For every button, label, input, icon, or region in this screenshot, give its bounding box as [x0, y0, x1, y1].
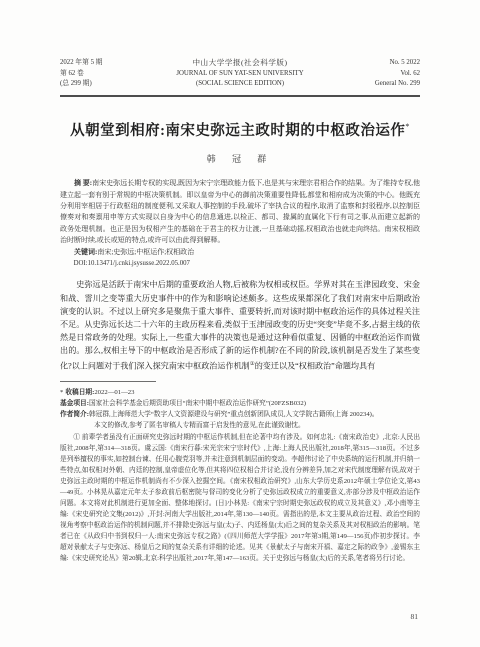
- page-number: 81: [60, 612, 420, 621]
- asterisk-marker: *: [60, 389, 63, 396]
- issue-no-en: No. 5 2022: [330, 58, 420, 69]
- footnote-divider: [60, 381, 156, 382]
- title-footnote-marker: *: [405, 122, 410, 131]
- received-date-value: 2022—01—23: [94, 389, 134, 396]
- author-bio-value: 韩冠群,上海师范大学“数字人文资源建设与研究”重点创新团队成员,人文学院古籍所(…: [89, 411, 379, 418]
- journal-edition-en: (SOCIAL SCIENCE EDITION): [150, 79, 330, 90]
- journal-name-cn: 中山大学学报(社会科学版): [150, 58, 330, 69]
- fund-project-value: 国家社会科学基金后期资助项目“南宋中期中枢政治运作研究”(20FZSB032): [89, 400, 306, 407]
- footnote-1-text: 前辈学者虽没有正面研究史弥远时期的中枢运作机制,但在论著中均有涉及。如何忠礼:《…: [60, 434, 420, 562]
- masthead-journal-name: 中山大学学报(社会科学版) JOURNAL OF SUN YAT-SEN UNI…: [150, 58, 330, 90]
- received-date-line: *收稿日期:2022—01—23: [60, 387, 420, 398]
- author-name: 韩 冠 群: [60, 152, 420, 165]
- masthead-issue-info-en: No. 5 2022 Vol. 62 General No. 299: [330, 58, 420, 90]
- footnotes-block: *收稿日期:2022—01—23 基金项目:国家社会科学基金后期资助项目“南宋中…: [60, 387, 420, 564]
- abstract-block: 摘 要:南宋史弥远长期专权的实现,既因为宋宁宗理政能力低下,也是其与宋理宗君相合…: [60, 178, 420, 269]
- article-title-text: 从朝堂到相府:南宋史弥远主政时期的中枢政治运作: [70, 122, 405, 138]
- keywords-line: 关键词:南宋;史弥远;中枢运作;权相政治: [60, 247, 420, 258]
- issue-line: 2022 年第 5 期: [60, 58, 150, 69]
- footnote-1-marker: ①: [73, 434, 80, 441]
- journal-name-en: JOURNAL OF SUN YAT-SEN UNIVERSITY: [150, 69, 330, 80]
- volume-en: Vol. 62: [330, 69, 420, 80]
- keywords-label: 关键词:: [74, 248, 97, 256]
- body-text-after-note: 的变迁以及“权相政治”命题均具有: [255, 361, 376, 370]
- keywords-text: 南宋;史弥远;中枢运作;权相政治: [97, 248, 194, 256]
- abstract-label: 摘 要:: [74, 179, 92, 187]
- body-paragraph: 史弥远是活跃于南宋中后期的重要政治人物,后被称为权相或权臣。学界对其在玉津园政变…: [60, 278, 420, 372]
- footnote-1: ① 前辈学者虽没有正面研究史弥远时期的中枢运作机制,但在论著中均有涉及。如何忠礼…: [60, 432, 420, 564]
- abstract-text: 南宋史弥远长期专权的实现,既因为宋宁宗理政能力低下,也是其与宋理宗君相合作的结果…: [60, 179, 420, 243]
- masthead-issue-info: 2022 年第 5 期 第 62 卷 (总 299 期): [60, 58, 150, 90]
- article-title: 从朝堂到相府:南宋史弥远主政时期的中枢政治运作*: [60, 118, 420, 140]
- fund-project-line: 基金项目:国家社会科学基金后期资助项目“南宋中期中枢政治运作研究”(20FZSB…: [60, 398, 420, 409]
- volume-line: 第 62 卷: [60, 69, 150, 80]
- doi-line: DOI:10.13471/j.cnki.jsysusse.2022.05.007: [60, 258, 420, 269]
- general-issue-line: (总 299 期): [60, 79, 150, 90]
- journal-masthead: 2022 年第 5 期 第 62 卷 (总 299 期) 中山大学学报(社会科学…: [60, 58, 420, 90]
- body-text-before-note: 史弥远是活跃于南宋中后期的重要政治人物,后被称为权相或权臣。学界对其在玉津园政变…: [60, 280, 420, 370]
- journal-page: 2022 年第 5 期 第 62 卷 (总 299 期) 中山大学学报(社会科学…: [0, 0, 480, 647]
- author-bio-label: 作者简介:: [60, 411, 89, 418]
- general-no-en: General No. 299: [330, 79, 420, 90]
- received-date-label: 收稿日期:: [65, 389, 94, 396]
- fund-project-label: 基金项目:: [60, 400, 89, 407]
- author-bio-line: 作者简介:韩冠群,上海师范大学“数字人文资源建设与研究”重点创新团队成员,人文学…: [60, 409, 420, 420]
- abstract-paragraph: 摘 要:南宋史弥远长期专权的实现,既因为宋宁宗理政能力低下,也是其与宋理宗君相合…: [60, 178, 420, 246]
- author-bio-acknowledgement: 本文的修改,参考了匿名审稿人专精而富于启发性的意见,在此谨致谢忱。: [60, 420, 420, 431]
- masthead-divider: [60, 95, 420, 97]
